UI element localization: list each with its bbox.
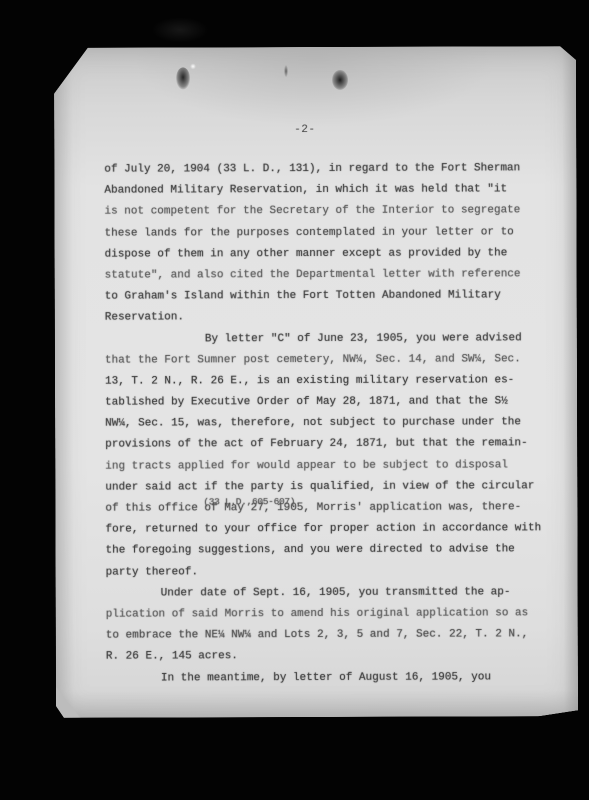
typed-line: these lands for the purposes contemplate… — [105, 222, 557, 245]
typed-line: to Graham's Island within the Fort Totte… — [105, 285, 557, 308]
typed-line: R. 26 E., 145 acres. — [106, 646, 558, 669]
page-number: -2- — [294, 124, 315, 136]
typed-line: Abandoned Military Reservation, in which… — [104, 179, 556, 202]
typed-line: fore, returned to your office for proper… — [105, 518, 557, 541]
typed-line: of July 20, 1904 (33 L. D., 131), in reg… — [104, 158, 556, 181]
typed-line: that the Fort Sumner post cemetery, NW¼,… — [105, 349, 557, 372]
typed-line: 13, T. 2 N., R. 26 E., is an existing mi… — [105, 370, 557, 393]
typed-line: dispose of them in any other manner exce… — [105, 243, 557, 266]
typed-line: of this office of May 27, 1905, Morris' … — [105, 497, 557, 520]
typed-lines: of July 20, 1904 (33 L. D., 131), in reg… — [104, 158, 558, 689]
typed-line: party thereof. — [106, 561, 558, 584]
typed-line: the foregoing suggestions, and you were … — [105, 540, 557, 563]
ink-smudge — [332, 70, 348, 90]
typed-line: provisions of the act of February 24, 18… — [105, 434, 557, 457]
photographed-document-scan: -2- of July 20, 1904 (33 L. D., 131), in… — [0, 0, 589, 800]
typed-line: under said act if the party is qualified… — [105, 476, 557, 499]
page-corner-fold-bottom-left — [56, 682, 96, 718]
ink-smudge — [176, 67, 190, 89]
typed-line: tablished by Executive Order of May 28, … — [105, 391, 557, 414]
typed-line: NW¼, Sec. 15, was, therefore, not subjec… — [105, 412, 557, 435]
interlined-citation-note: (33 L.D.,605-607). — [203, 491, 300, 513]
paper-speck — [190, 63, 196, 69]
typed-line: Reservation. — [105, 307, 557, 330]
ink-smudge — [284, 65, 288, 77]
typed-line: statute", and also cited the Departmenta… — [105, 264, 557, 287]
typed-line: By letter "C" of June 23, 1905, you were… — [105, 328, 557, 351]
document-page: -2- of July 20, 1904 (33 L. D., 131), in… — [54, 46, 578, 718]
typed-line: plication of said Morris to amend his or… — [106, 603, 558, 626]
typed-line: is not competent for the Secretary of th… — [104, 201, 556, 224]
typed-line: In the meantime, by letter of August 16,… — [106, 667, 558, 690]
typed-line: to embrace the NE¼ NW¼ and Lots 2, 3, 5 … — [106, 624, 558, 647]
page-corner-fold-top-left — [54, 48, 98, 104]
typed-line: Under date of Sept. 16, 1905, you transm… — [106, 582, 558, 605]
typed-line: ing tracts applied for would appear to b… — [105, 455, 557, 478]
